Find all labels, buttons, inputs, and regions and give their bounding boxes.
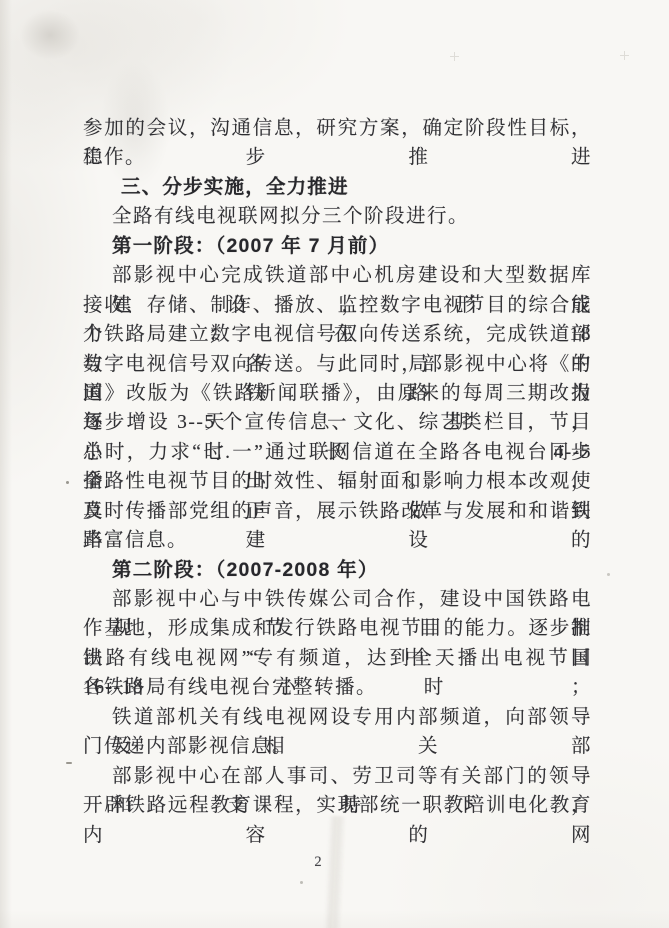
scan-speck — [66, 762, 72, 764]
text-line: 部影视中心与中铁传媒公司合作，建设中国铁路电视节目制 — [83, 585, 592, 614]
registration-mark — [620, 51, 629, 60]
text-line: 作基地，形成集成和发行铁路电视节目的能力。逐步推出“中国 — [83, 614, 592, 643]
text-line: 部影视中心在部人事司、劳卫司等有关部门的领导和支持下， — [83, 762, 592, 791]
text-line: 小时，力求“七.一”通过联网信道在全路各电视台同步播出。使 — [83, 438, 592, 467]
text-line: 道》改版为《铁路新闻联播》，由原来的每周三期改为每天一期， — [83, 379, 592, 408]
scan-speck — [300, 881, 303, 884]
text-line: 全路有线电视联网拟分三个阶段进行。 — [83, 202, 592, 231]
text-line: 逐步增设 3--5 个宣传信息、文化、综艺类栏目，节目总时长 4--5 — [83, 408, 592, 437]
text-line: 开辟铁路远程教育课程，实现部统一职教培训电化教育内容的网 — [83, 791, 592, 820]
text-line: 铁道部机关有线电视网设专用内部频道，向部领导及相关部 — [83, 703, 592, 732]
scan-speck — [66, 481, 69, 484]
text-line: 个铁路局建立数字电视信号双向传送系统，完成铁道部与各局的 — [83, 320, 592, 349]
scan-speck — [607, 573, 610, 576]
document-body: 参加的会议，沟通信息，研究方案，确定阶段性目标，稳步推进工作。三、分步实施，全力… — [83, 114, 592, 821]
text-line: 数字电视信号双向传送。与此同时，部影视中心将《中国铁路报 — [83, 350, 592, 379]
text-line: 部影视中心完成铁道部中心机房建设和大型数据库建设，形成 — [83, 261, 592, 290]
page-number: 2 — [308, 854, 328, 871]
scanned-document-page: 参加的会议，沟通信息，研究方案，确定阶段性目标，稳步推进工作。三、分步实施，全力… — [0, 0, 669, 928]
registration-mark — [450, 52, 459, 61]
section-heading: 第一阶段：（2007 年 7 月前） — [83, 232, 592, 261]
text-line: 全路性电视节目的时效性、辐射面和影响力根本改观，真正做到 — [83, 467, 592, 496]
section-heading: 第二阶段：（2007-2008 年） — [83, 556, 592, 585]
text-line: 接收、存储、制作、播放、监控数字电视节目的综合能力；在 18 — [83, 291, 592, 320]
scan-smudge — [20, 10, 80, 60]
text-line: 及时传播部党组的声音，展示铁路改革与发展和和谐铁路建设的 — [83, 497, 592, 526]
text-line: 铁路有线电视网”专有频道，达到全天播出电视节目 16--18 小时； — [83, 644, 592, 673]
section-heading: 三、分步实施，全力推进 — [83, 173, 592, 202]
text-line: 参加的会议，沟通信息，研究方案，确定阶段性目标，稳步推进 — [83, 114, 592, 143]
